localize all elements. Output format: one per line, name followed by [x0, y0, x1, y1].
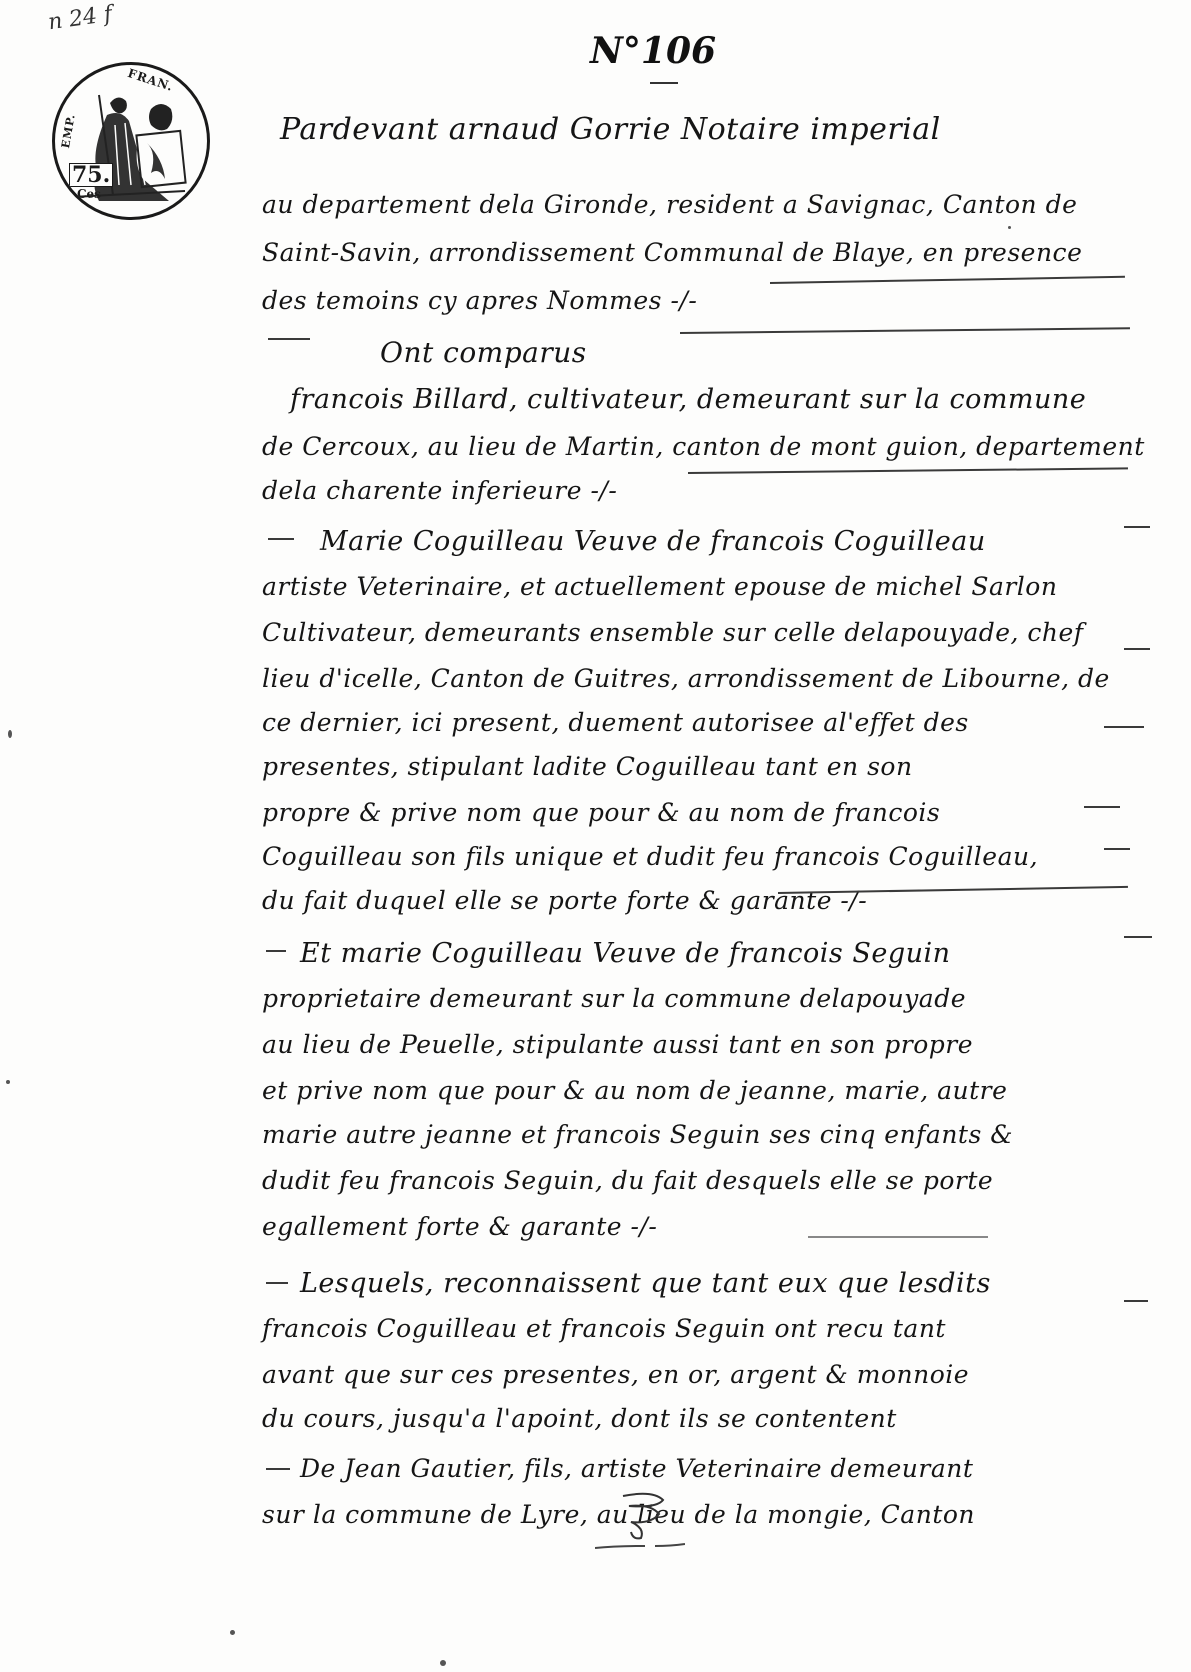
text-line: et prive nom que pour & au nom de jeanne… [262, 1076, 1007, 1105]
text-line: Cultivateur, demeurants ensemble sur cel… [262, 618, 1084, 647]
document-page: n 24 f FRAN. EMP. 75. Ces N°106 Pardevan… [0, 0, 1191, 1672]
trailing-dash [1124, 1300, 1148, 1302]
text-line: Saint-Savin, arrondissement Communal de … [262, 238, 1082, 267]
text-line: francois Coguilleau et francois Seguin o… [262, 1314, 946, 1343]
text-line: dudit feu francois Seguin, du fait desqu… [262, 1166, 993, 1195]
text-line: propre & prive nom que pour & au nom de … [262, 798, 940, 827]
text-line: des temoins cy apres Nommes -/- [262, 286, 697, 315]
text-line: francois Billard, cultivateur, demeurant… [290, 384, 1086, 415]
leading-dash [266, 1468, 290, 1470]
text-line: presentes, stipulant ladite Coguilleau t… [262, 752, 913, 781]
text-line: proprietaire demeurant sur la commune de… [262, 984, 966, 1013]
text-line: artiste Veterinaire, et actuellement epo… [262, 572, 1057, 601]
text-line: Marie Coguilleau Veuve de francois Cogui… [320, 526, 986, 557]
trailing-dash [1084, 806, 1120, 808]
text-line: Coguilleau son fils unique et dudit feu … [262, 842, 1038, 871]
leading-dash [266, 950, 286, 952]
leading-dash [266, 1282, 288, 1284]
scan-speck [6, 1080, 10, 1084]
trailing-dash [1124, 936, 1152, 938]
scan-speck [440, 1660, 446, 1666]
text-line: Ont comparus [380, 336, 587, 369]
text-line: ce dernier, ici present, duement autoris… [262, 708, 969, 737]
handwritten-text: Pardevant arnaud Gorrie Notaire imperial… [0, 0, 1191, 1672]
text-line: avant que sur ces presentes, en or, arge… [262, 1360, 969, 1389]
text-line: Pardevant arnaud Gorrie Notaire imperial [280, 112, 941, 147]
text-line: de Cercoux, au lieu de Martin, canton de… [262, 432, 1145, 461]
leading-dash [268, 538, 294, 540]
trailing-dash [1104, 848, 1130, 850]
paraph-signature-icon [595, 1490, 685, 1560]
text-line: Lesquels, reconnaissent que tant eux que… [300, 1268, 991, 1299]
scan-speck [1008, 226, 1011, 229]
text-line: marie autre jeanne et francois Seguin se… [262, 1120, 1013, 1149]
trailing-dash [1104, 726, 1144, 728]
text-line: au departement dela Gironde, resident a … [262, 190, 1077, 219]
leading-dash [268, 338, 310, 340]
text-line: au lieu de Peuelle, stipulante aussi tan… [262, 1030, 973, 1059]
filler-rule [808, 1236, 988, 1238]
text-line: du cours, jusqu'a l'apoint, dont ils se … [262, 1404, 897, 1433]
text-line: De Jean Gautier, fils, artiste Veterinai… [300, 1454, 973, 1483]
trailing-dash [1124, 648, 1150, 650]
text-line: egallement forte & garante -/- [262, 1212, 657, 1241]
text-line: du fait duquel elle se porte forte & gar… [262, 886, 867, 915]
trailing-dash [1124, 526, 1150, 528]
text-line: Et marie Coguilleau Veuve de francois Se… [300, 938, 951, 969]
text-line: lieu d'icelle, Canton de Guitres, arrond… [262, 664, 1110, 693]
scan-speck [8, 730, 12, 738]
scan-speck [230, 1630, 235, 1635]
text-line: dela charente inferieure -/- [262, 476, 617, 505]
